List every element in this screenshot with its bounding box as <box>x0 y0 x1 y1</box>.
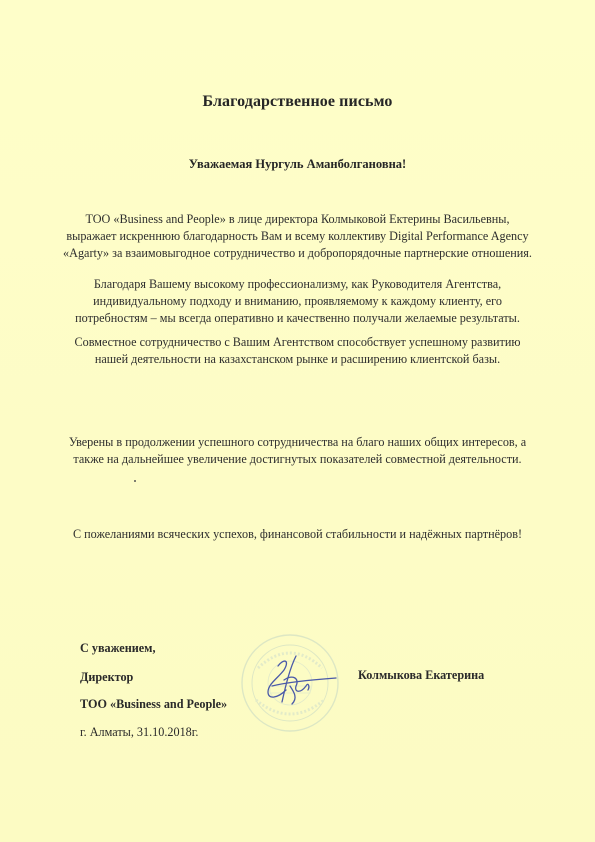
text-line: Совместное сотрудничество с Вашим Агентс… <box>0 334 595 351</box>
paragraph-wishes: С пожеланиями всяческих успехов, финансо… <box>0 526 595 543</box>
paragraph-cooperation: Совместное сотрудничество с Вашим Агентс… <box>0 334 595 368</box>
text-line: Благодаря Вашему высокому профессионализ… <box>0 276 595 293</box>
letter-title: Благодарственное письмо <box>0 93 595 111</box>
text-line: также на дальнейшее увеличение достигнут… <box>0 451 595 468</box>
stamp-signature-icon <box>238 628 348 738</box>
scan-speck <box>134 480 136 482</box>
text-line: нашей деятельности на казахстанском рынк… <box>0 351 595 368</box>
closing-position: Директор <box>80 670 133 685</box>
salutation: Уважаемая Нургуль Аманболгановна! <box>0 157 595 172</box>
text-line: индивидуальному подходу и вниманию, проя… <box>0 293 595 310</box>
closing-regards: С уважением, <box>80 641 156 656</box>
closing-company: ТОО «Business and People» <box>80 697 227 712</box>
paragraph-confidence: Уверены в продолжении успешного сотрудни… <box>0 434 595 468</box>
text-line: «Agarty» за взаимовыгодное сотрудничеств… <box>0 245 595 262</box>
paragraph-gratitude: ТОО «Business and People» в лице директо… <box>0 211 595 262</box>
text-line: С пожеланиями всяческих успехов, финансо… <box>0 526 595 543</box>
text-line: выражает искреннюю благодарность Вам и в… <box>0 228 595 245</box>
paragraph-professionalism: Благодаря Вашему высокому профессионализ… <box>0 276 595 327</box>
text-line: потребностям – мы всегда оперативно и ка… <box>0 310 595 327</box>
text-line: Уверены в продолжении успешного сотрудни… <box>0 434 595 451</box>
place-date: г. Алматы, 31.10.2018г. <box>80 725 198 740</box>
signer-name: Колмыкова Екатерина <box>358 668 484 683</box>
text-line: ТОО «Business and People» в лице директо… <box>0 211 595 228</box>
letter-page: Благодарственное письмо Уважаемая Нургул… <box>0 0 595 842</box>
